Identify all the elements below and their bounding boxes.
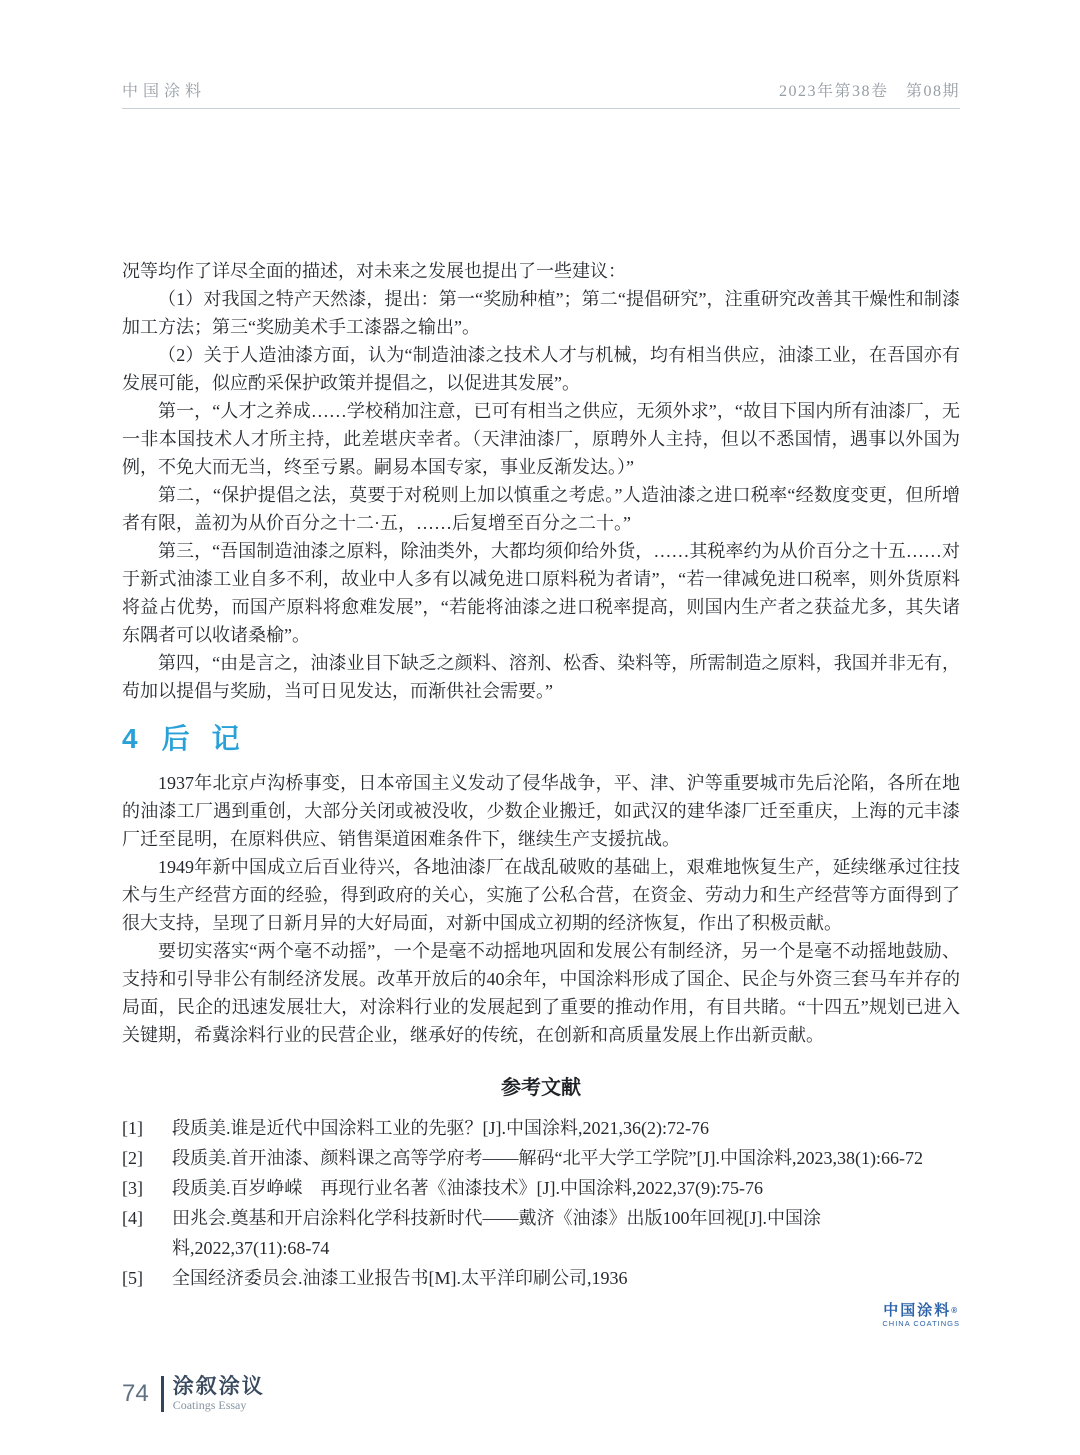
reference-entry: [3] 段质美.百岁峥嵘 再现行业名著《油漆技术》[J].中国涂料,2022,3…: [122, 1173, 960, 1203]
body-paragraph: （2）关于人造油漆方面，认为“制造油漆之技术人才与机械，均有相当供应，油漆工业，…: [122, 341, 960, 397]
reference-marker: [5]: [122, 1263, 156, 1293]
body-paragraph: 第四，“由是言之，油漆业目下缺乏之颜料、溶剂、松香、染料等，所需制造之原料，我国…: [122, 649, 960, 705]
china-coatings-logo: 中国涂料® CHINA COATINGS: [882, 1303, 960, 1329]
references-title: 参考文献: [122, 1075, 960, 1101]
section-title: 后记: [162, 723, 262, 755]
body-paragraph: （1）对我国之特产天然漆，提出：第一“奖励种植”；第二“提倡研究”，注重研究改善…: [122, 285, 960, 341]
body-paragraph: 第三，“吾国制造油漆之原料，除油类外，大都均须仰给外货，……其税率约为从价百分之…: [122, 537, 960, 649]
section-heading-postscript: 4 后记: [122, 723, 960, 755]
reference-text: 段质美.首开油漆、颜料课之高等学府考——解码“北平大学工学院”[J].中国涂料,…: [156, 1143, 960, 1173]
body-paragraph: 况等均作了详尽全面的描述，对未来之发展也提出了一些建议：: [122, 257, 960, 285]
reference-marker: [3]: [122, 1173, 156, 1203]
reference-text: 田兆会.奠基和开启涂料化学科技新时代——戴济《油漆》出版100年回视[J].中国…: [156, 1203, 960, 1263]
registered-mark-icon: ®: [951, 1306, 959, 1315]
column-title-en: Coatings Essay: [173, 1398, 265, 1413]
reference-entry: [1] 段质美.谁是近代中国涂料工业的先驱？[J].中国涂料,2021,36(2…: [122, 1113, 960, 1143]
body-paragraph: 1937年北京卢沟桥事变，日本帝国主义发动了侵华战争，平、津、沪等重要城市先后沦…: [122, 769, 960, 853]
references-section: 参考文献 [1] 段质美.谁是近代中国涂料工业的先驱？[J].中国涂料,2021…: [122, 1075, 960, 1293]
reference-text: 全国经济委员会.油漆工业报告书[M].太平洋印刷公司,1936: [156, 1263, 960, 1293]
reference-entry: [2] 段质美.首开油漆、颜料课之高等学府考——解码“北平大学工学院”[J].中…: [122, 1143, 960, 1173]
body-paragraph: 第二，“保护提倡之法，莫要于对税则上加以慎重之考虑。”人造油漆之进口税率“经数度…: [122, 481, 960, 537]
publisher-logo: 中国涂料® CHINA COATINGS: [122, 1303, 960, 1329]
reference-text: 段质美.百岁峥嵘 再现行业名著《油漆技术》[J].中国涂料,2022,37(9)…: [156, 1173, 960, 1203]
body-paragraph: 第一，“人才之养成……学校稍加注意，已可有相当之供应，无须外求”，“故目下国内所…: [122, 397, 960, 481]
page-number: 74: [122, 1380, 149, 1408]
footer-divider-bar: [161, 1376, 164, 1412]
issue-info: 2023年第38卷 第08期: [779, 78, 960, 101]
section-number: 4: [122, 723, 138, 755]
reference-marker: [1]: [122, 1113, 156, 1143]
reference-marker: [2]: [122, 1143, 156, 1173]
logo-cn-text: 中国涂料®: [882, 1303, 960, 1319]
article-body: 况等均作了详尽全面的描述，对未来之发展也提出了一些建议： （1）对我国之特产天然…: [122, 257, 960, 1329]
column-title-cn: 涂叙涂议: [173, 1374, 265, 1398]
reference-marker: [4]: [122, 1203, 156, 1263]
journal-page: 中国涂料 2023年第38卷 第08期 况等均作了详尽全面的描述，对未来之发展也…: [0, 0, 1080, 1329]
journal-name: 中国涂料: [122, 78, 206, 101]
column-label: 涂叙涂议 Coatings Essay: [173, 1374, 265, 1413]
reference-entry: [5] 全国经济委员会.油漆工业报告书[M].太平洋印刷公司,1936: [122, 1263, 960, 1293]
body-paragraph: 要切实落实“两个毫不动摇”，一个是毫不动摇地巩固和发展公有制经济，另一个是毫不动…: [122, 937, 960, 1049]
page-footer: 74 涂叙涂议 Coatings Essay: [122, 1374, 265, 1413]
logo-en-text: CHINA COATINGS: [882, 1319, 960, 1329]
body-paragraph: 1949年新中国成立后百业待兴，各地油漆厂在战乱破败的基础上，艰难地恢复生产，延…: [122, 853, 960, 937]
reference-entry: [4] 田兆会.奠基和开启涂料化学科技新时代——戴济《油漆》出版100年回视[J…: [122, 1203, 960, 1263]
page-header: 中国涂料 2023年第38卷 第08期: [122, 78, 960, 109]
reference-text: 段质美.谁是近代中国涂料工业的先驱？[J].中国涂料,2021,36(2):72…: [156, 1113, 960, 1143]
